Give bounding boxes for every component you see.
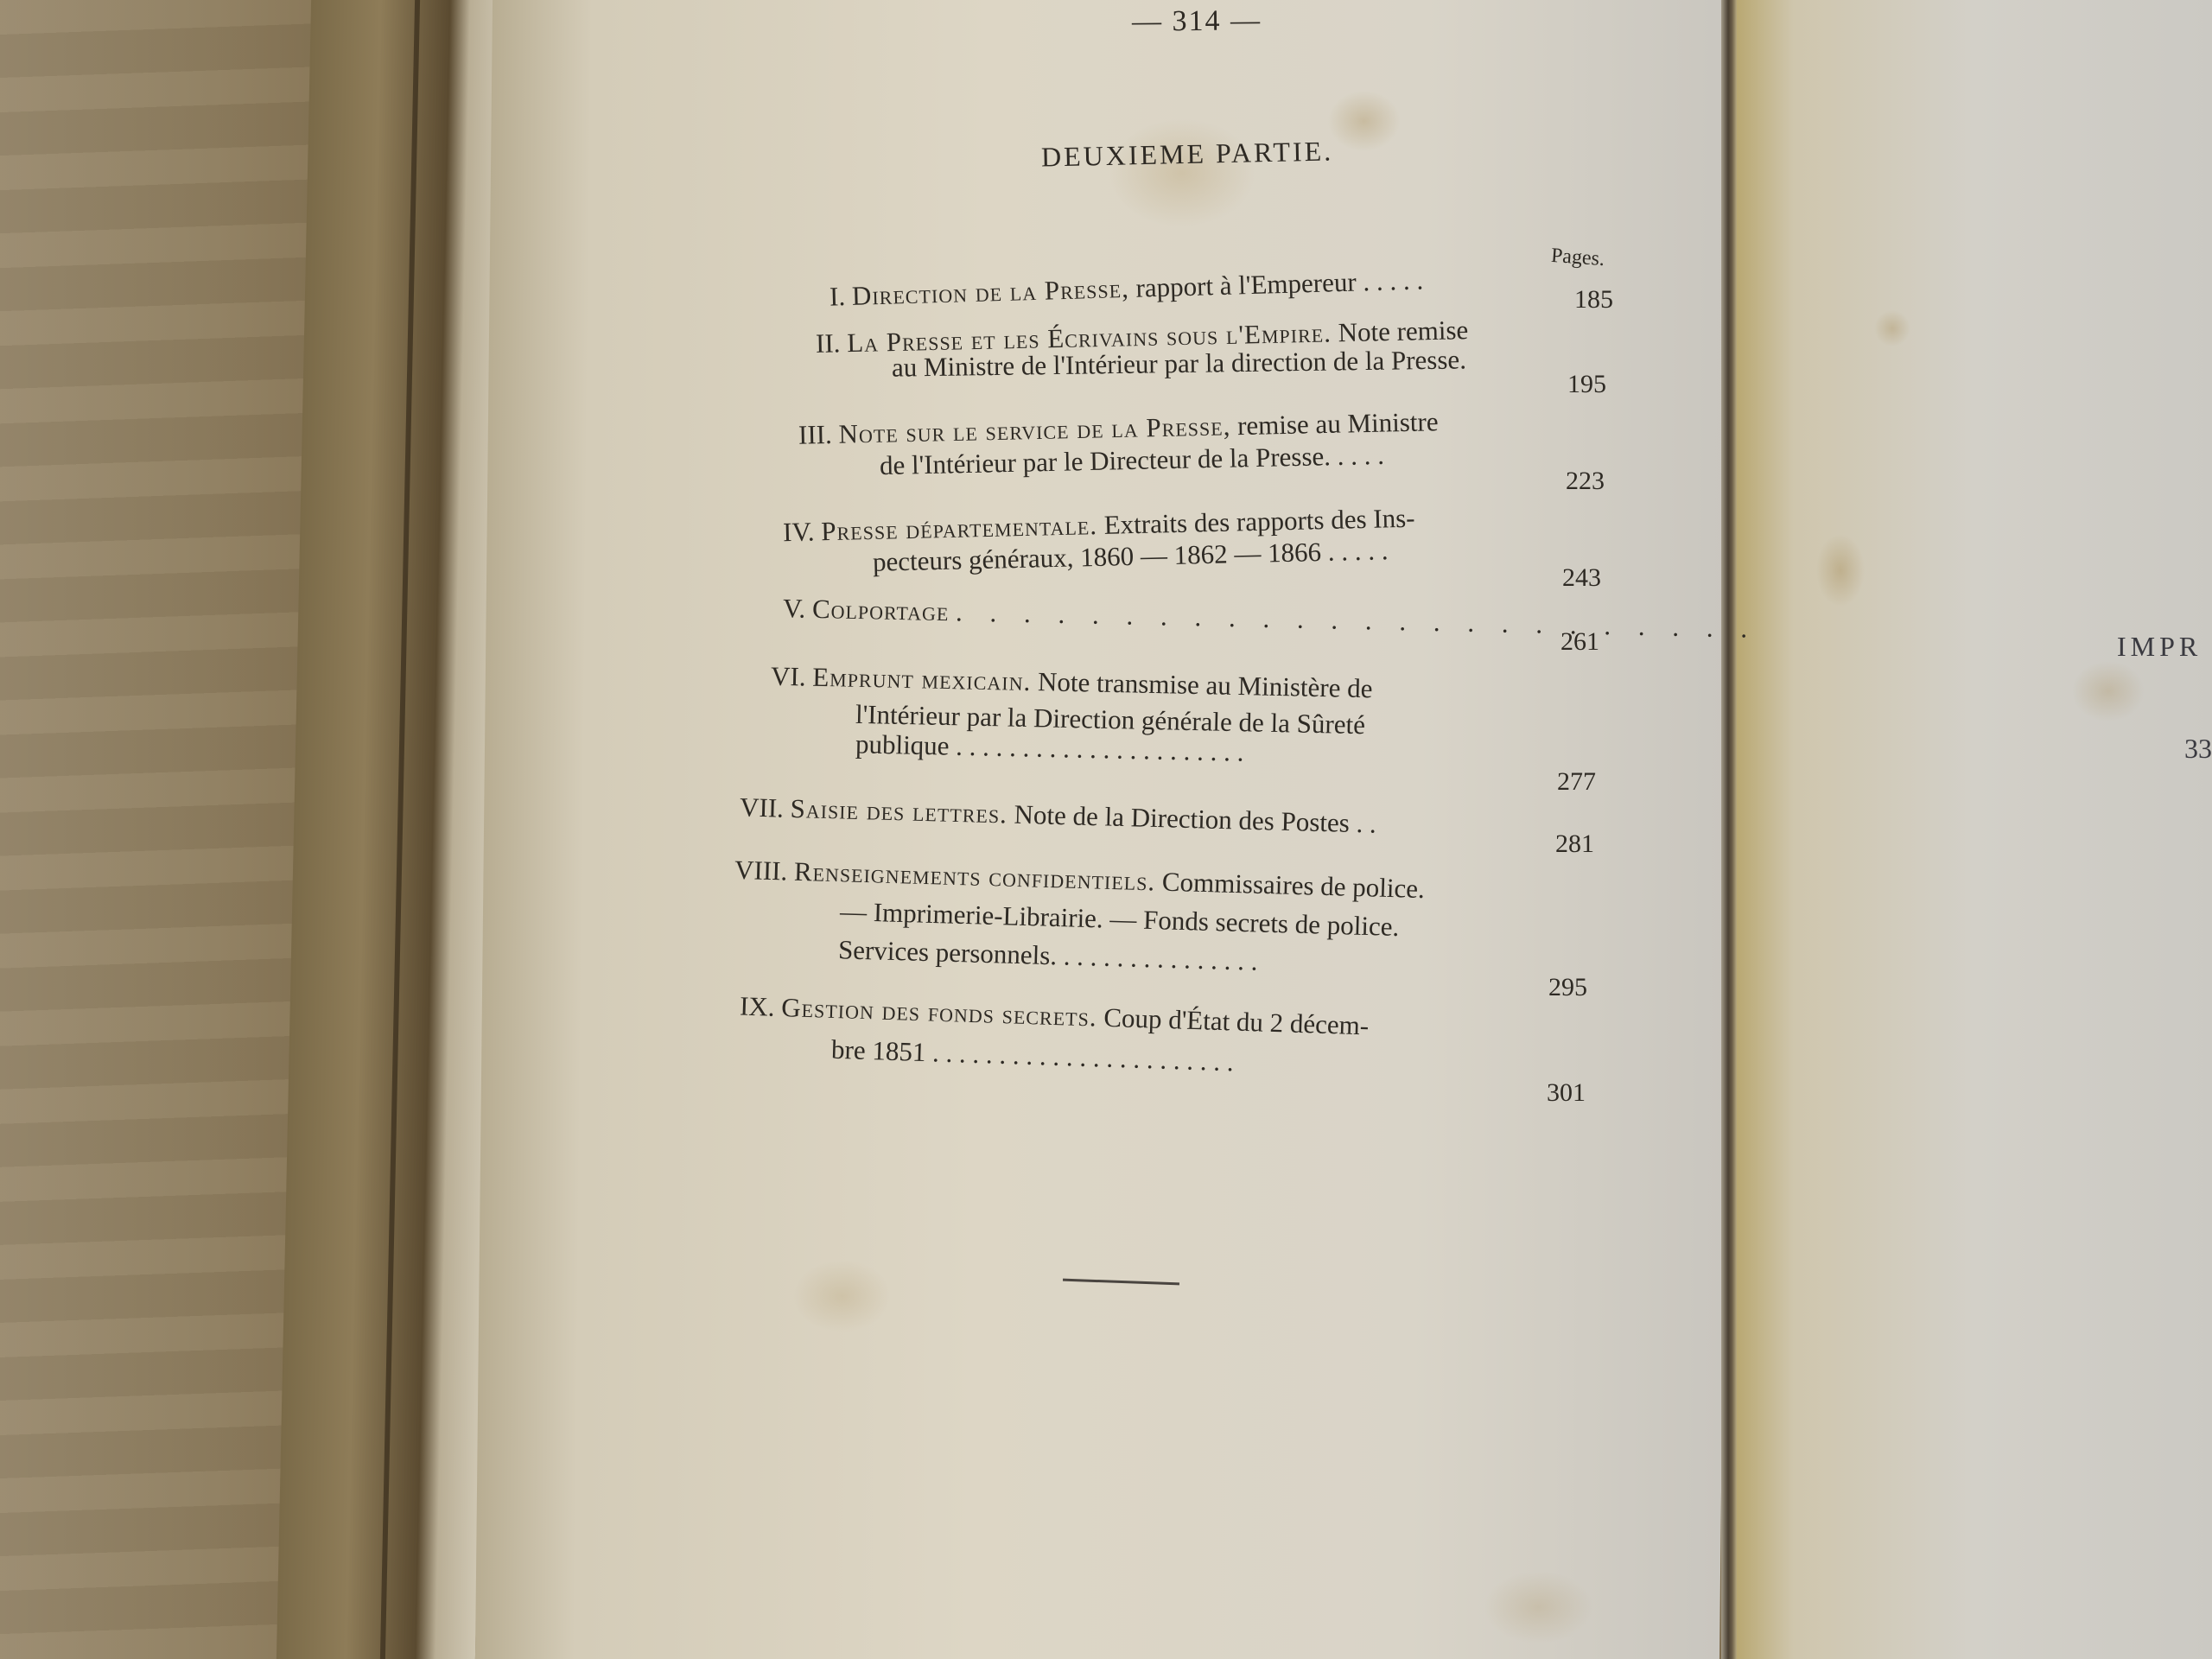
book-gutter <box>1721 0 1737 1659</box>
toc-page-7: 281 <box>1555 829 1594 859</box>
toc-page-3: 223 <box>1566 467 1605 496</box>
right-page-heading: IMPR <box>2117 631 2202 663</box>
right-page-number: 33 <box>2184 733 2212 765</box>
toc-page-4: 243 <box>1562 563 1601 593</box>
pages-column-label: Pages. <box>1550 245 1605 271</box>
toc-page-6: 277 <box>1557 767 1596 797</box>
page-number: — 314 — <box>1132 4 1262 38</box>
section-title: DEUXIEME PARTIE. <box>1041 135 1334 173</box>
book-cover-edge <box>276 0 510 1659</box>
right-page <box>1737 0 2212 1659</box>
toc-page-5: 261 <box>1560 627 1599 657</box>
toc-page-9: 301 <box>1547 1078 1586 1108</box>
toc-page-8: 295 <box>1548 973 1587 1002</box>
toc-page-2: 195 <box>1567 370 1606 399</box>
toc-page-1: 185 <box>1574 285 1613 315</box>
